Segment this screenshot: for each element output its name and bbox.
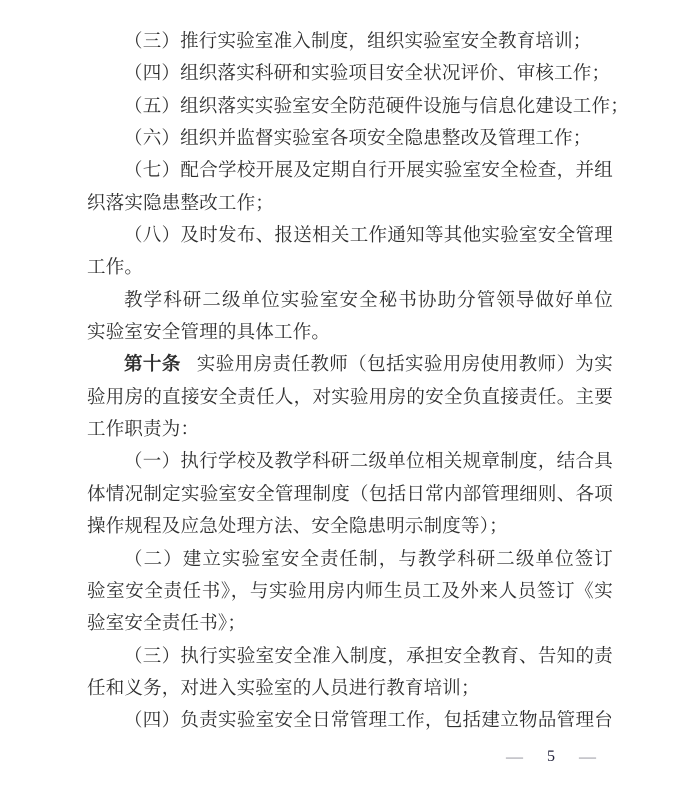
text-line: 织落实隐患整改工作； — [87, 188, 613, 220]
text-line: 实验室安全管理的具体工作。 — [87, 317, 613, 349]
text-line: 体情况制定实验室安全管理制度（包括日常内部管理细则、各项 — [87, 479, 613, 511]
text-line: 验室安全责任书》，与实验用房内师生员工及外来人员签订《实 — [87, 576, 613, 608]
text-line: 任和义务，对进入实验室的人员进行教育培训； — [87, 673, 613, 705]
text-line: 验用房的直接安全责任人，对实验用房的安全负直接责任。主要 — [87, 382, 613, 414]
text-line-article-10: 第十条实验用房责任教师（包括实验用房使用教师）为实 — [87, 349, 613, 381]
article-number-label: 第十条 — [124, 355, 181, 375]
text-line: （一）执行学校及教学科研二级单位相关规章制度，结合具 — [87, 446, 613, 478]
footer-right-dash: — — [579, 747, 596, 767]
footer-left-dash: — — [506, 747, 523, 767]
document-text-block: （三）推行实验室准入制度，组织实验室安全教育培训； （四）组织落实科研和实验项目… — [87, 26, 613, 738]
text-line: 教学科研二级单位实验室安全秘书协助分管领导做好单位 — [87, 285, 613, 317]
text-line: 工作。 — [87, 252, 613, 284]
text-line: （二）建立实验室安全责任制，与教学科研二级单位签订《实 — [87, 544, 613, 576]
text-line: （三）推行实验室准入制度，组织实验室安全教育培训； — [87, 26, 613, 58]
text-line: （四）组织落实科研和实验项目安全状况评价、审核工作； — [87, 58, 613, 90]
text-line: （五）组织落实实验室安全防范硬件设施与信息化建设工作； — [87, 91, 613, 123]
page-footer: — 5 — — [506, 747, 596, 767]
text-line: （三）执行实验室安全准入制度，承担安全教育、告知的责 — [87, 641, 613, 673]
text-line: 工作职责为： — [87, 414, 613, 446]
document-page: （三）推行实验室准入制度，组织实验室安全教育培训； （四）组织落实科研和实验项目… — [0, 0, 679, 787]
page-number: 5 — [547, 747, 555, 767]
text-line: （八）及时发布、报送相关工作通知等其他实验室安全管理 — [87, 220, 613, 252]
article-text: 实验用房责任教师（包括实验用房使用教师）为实 — [197, 355, 613, 375]
text-line: （七）配合学校开展及定期自行开展实验室安全检查，并组 — [87, 155, 613, 187]
text-line: （六）组织并监督实验室各项安全隐患整改及管理工作； — [87, 123, 613, 155]
text-line: （四）负责实验室安全日常管理工作，包括建立物品管理台 — [87, 705, 613, 737]
text-line: 操作规程及应急处理方法、安全隐患明示制度等）； — [87, 511, 613, 543]
text-line: 验室安全责任书》； — [87, 608, 613, 640]
